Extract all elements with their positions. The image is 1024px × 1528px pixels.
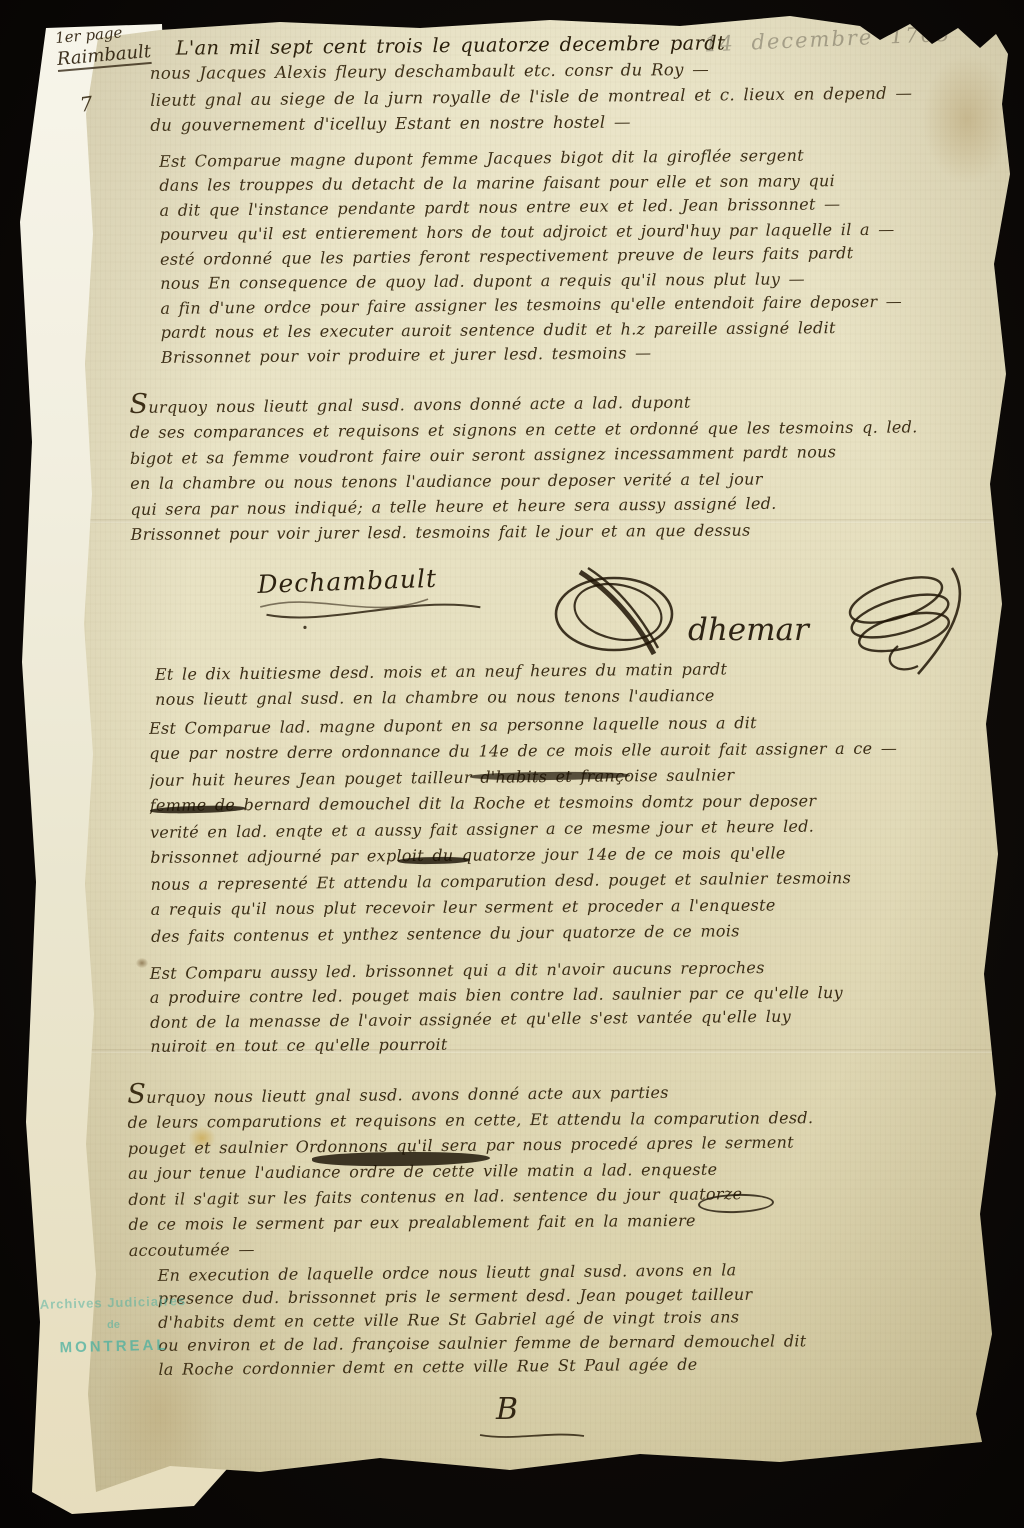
manuscript-line: pourveu qu'il est entierement hors de to…: [160, 217, 970, 247]
corner-annotation: 1er page Raimbault: [54, 20, 152, 72]
flourish-icon: [478, 1427, 588, 1441]
manuscript-line: nous lieutt gnal susd. en la chambre ou …: [155, 681, 965, 713]
manuscript-line: de leurs comparutions et requisons en ce…: [127, 1104, 959, 1135]
manuscript-line: nuiroit en tout ce qu'elle pourroit: [150, 1029, 960, 1059]
manuscript-line: dans les trouppes du detacht de la marin…: [159, 168, 969, 198]
manuscript-line: en la chambre ou nous tenons l'audiance …: [130, 465, 960, 496]
manuscript-paragraph-comparution-2: Est Comparue lad. magne dupont en sa per…: [149, 708, 966, 950]
paper-stain: [136, 958, 148, 968]
manuscript-line: a produire contre led. pouget mais bien …: [150, 980, 960, 1010]
manuscript-line: au jour tenue l'audiance ordre de cette …: [128, 1155, 960, 1186]
manuscript-line: Brissonnet pour voir jurer lesd. tesmoin…: [131, 516, 961, 547]
manuscript-paragraph-seance: Et le dix huitiesme desd. mois et an neu…: [155, 654, 965, 714]
manuscript-line: presence dud. brissonnet pris le serment…: [158, 1281, 970, 1310]
manuscript-line: de ce mois le serment par eux prealablem…: [128, 1206, 960, 1237]
manuscript-paragraph-opening: L'an mil sept cent trois le quatorze dec…: [150, 28, 963, 140]
manuscript-line: ou environ et de lad. françoise saulnier…: [158, 1328, 970, 1357]
manuscript-paragraph-execution: En execution de laquelle ordce nous lieu…: [157, 1256, 970, 1381]
manuscript-paragraph-ordonnance-2: Surquoy nous lieutt gnal susd. avons don…: [127, 1074, 961, 1263]
manuscript-paragraph-brissonnet: Est Comparu aussy led. brissonnet qui a …: [150, 954, 961, 1060]
manuscript-paragraph-ordonnance-1: Surquoy nous lieutt gnal susd. avons don…: [129, 384, 960, 548]
manuscript-paragraph-comparution: Est Comparue magne dupont femme Jacques …: [159, 142, 971, 370]
manuscript-line: pardt nous et les executer auroit senten…: [161, 315, 971, 345]
signature-deschambault: Dechambault: [257, 562, 489, 635]
archive-stamp: Archives Judiciaires de MONTREAL: [25, 1290, 202, 1361]
manuscript-page: 14 decembre 1703 L'an mil sept cent troi…: [80, 14, 1012, 1514]
paper-stain: [538, 1466, 548, 1475]
catchword-text: B: [478, 1392, 588, 1427]
manuscript-line: de ses comparances et requisons et signo…: [130, 414, 960, 445]
photo-backdrop: 14 decembre 1703 L'an mil sept cent troi…: [0, 0, 1024, 1528]
manuscript-line: nous En consequence de quoy lad. dupont …: [160, 266, 970, 296]
signature-text-glyphs: dhemar: [688, 612, 811, 648]
catchword-b: B: [478, 1392, 588, 1441]
stamp-line: MONTREAL: [26, 1334, 202, 1361]
margin-mark: 7: [78, 91, 94, 117]
manuscript-line: du gouvernement d'icelluy Estant en nost…: [150, 107, 962, 139]
